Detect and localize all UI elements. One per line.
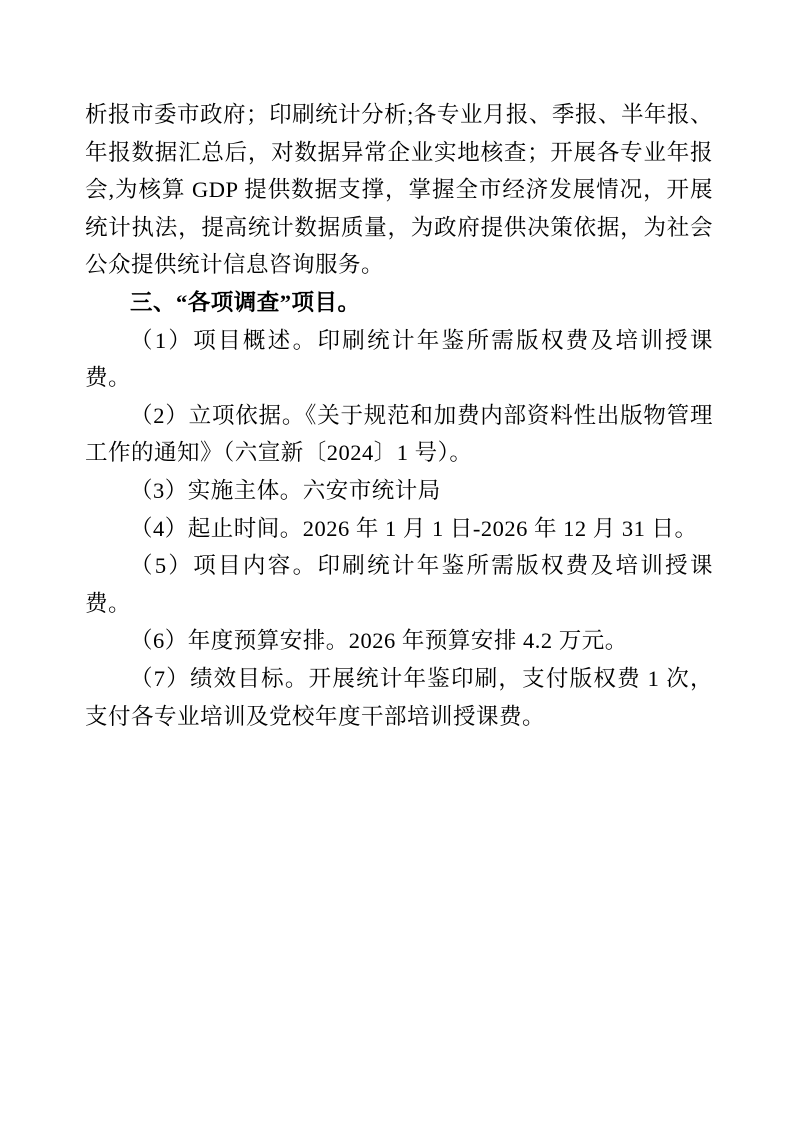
document-text-block: 析报市委市政府；印刷统计分析;各专业月报、季报、半年报、年报数据汇总后，对数据异…: [85, 96, 713, 735]
list-item-2-approval-basis: （2）立项依据。《关于规范和加费内部资料性出版物管理工作的通知》（六宣新〔202…: [85, 397, 713, 472]
list-item-5-project-content: （5）项目内容。印刷统计年鉴所需版权费及培训授课费。: [85, 547, 713, 622]
list-item-3-implementing-body: （3）实施主体。六安市统计局: [85, 472, 713, 510]
list-item-1-project-overview: （1）项目概述。印刷统计年鉴所需版权费及培训授课费。: [85, 322, 713, 397]
list-item-7-performance-goals: （7）绩效目标。开展统计年鉴印刷，支付版权费 1 次，支付各专业培训及党校年度干…: [85, 660, 713, 735]
list-item-6-annual-budget: （6）年度预算安排。2026 年预算安排 4.2 万元。: [85, 622, 713, 660]
section-heading: 三、“各项调查”项目。: [85, 284, 713, 322]
list-item-4-start-end-dates: （4）起止时间。2026 年 1 月 1 日-2026 年 12 月 31 日。: [85, 510, 713, 548]
document-page: 析报市委市政府；印刷统计分析;各专业月报、季报、半年报、年报数据汇总后，对数据异…: [0, 0, 793, 1122]
continuation-paragraph: 析报市委市政府；印刷统计分析;各专业月报、季报、半年报、年报数据汇总后，对数据异…: [85, 96, 713, 284]
